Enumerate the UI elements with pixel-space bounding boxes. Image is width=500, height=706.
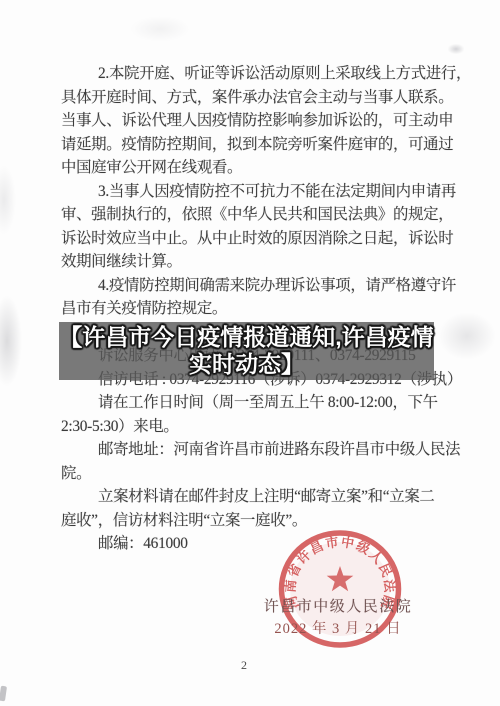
scanned-court-notice-page: 2.本院开庭、听证等诉讼活动原则上采取线上方式进行，具体开庭时间、方式，案件承办… [0, 0, 500, 706]
document-line: 效期间继续计算。 [61, 250, 449, 274]
signature-court-name: 许昌市中级人民法院 [258, 595, 418, 616]
document-line: 2.本院开庭、听证等诉讼活动原则上采取线上方式进行， [61, 62, 449, 86]
document-line: 诉讼时效应当中止。从中止时效的原因消除之日起，诉讼时 [61, 227, 449, 251]
document-line: 3.当事人因疫情防控不可抗力不能在法定期间内申请再 [61, 180, 449, 204]
page-number: 2 [233, 658, 255, 673]
document-line: 当事人、诉讼代理人因疫情防控影响参加诉讼的，可主动申 [61, 109, 449, 133]
scan-smudge [448, 44, 464, 54]
document-line: 请在工作日时间（周一至周五上午 8:00-12:00，下午 [61, 391, 449, 415]
scan-smudge [0, 165, 16, 235]
document-line: 请延期。疫情防控期间，拟到本院旁听案件庭审的，可通过 [61, 133, 449, 157]
scan-smudge [0, 686, 7, 702]
signature-date: 2022 年 3 月 21 日 [258, 617, 418, 638]
document-line: 院。 [61, 462, 449, 486]
scan-smudge [130, 16, 190, 42]
headline-title: 【许昌市今日疫情报道通知,许昌疫情 实时动态】 [59, 324, 433, 379]
document-line: 昌市有关疫情防控规定。 [61, 297, 449, 321]
scan-smudge [0, 295, 22, 387]
document-line: 邮寄地址：河南省许昌市前进路东段许昌市中级人民法 [61, 438, 449, 462]
document-body: 2.本院开庭、听证等诉讼活动原则上采取线上方式进行，具体开庭时间、方式，案件承办… [61, 62, 449, 556]
headline-line-1: 【许昌市今日疫情报道通知,许昌疫情 [59, 324, 433, 350]
document-line: 4.疫情防控期间确需来院办理诉讼事项，请严格遵守许 [61, 274, 449, 298]
document-line: 审、强制执行的，依照《中华人民共和国民法典》的规定， [61, 203, 449, 227]
headline-overlay-band: 【许昌市今日疫情报道通知,许昌疫情 实时动态】 [59, 322, 434, 380]
document-line: 立案材料请在邮件封皮上注明“邮寄立案”和“立案二 [61, 485, 449, 509]
document-line: 具体开庭时间、方式，案件承办法官会主动与当事人联系。 [61, 86, 449, 110]
headline-line-2: 实时动态】 [189, 351, 304, 377]
document-line: 2:30-5:30）来电。 [61, 415, 449, 439]
document-line: 中国庭审公开网在线观看。 [61, 156, 449, 180]
